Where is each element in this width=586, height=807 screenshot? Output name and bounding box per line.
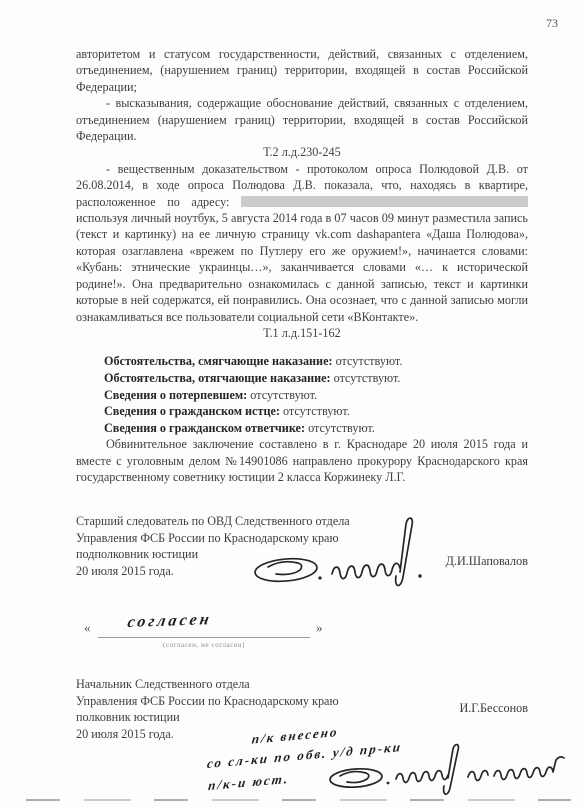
main-text-block: авторитетом и статусом государственности… xyxy=(76,46,528,486)
volume-reference-2: Т.1 л.д.151-162 xyxy=(76,325,528,341)
statement-aggravating: Обстоятельства, отягчающие наказание: от… xyxy=(104,370,528,387)
handwritten-agreement-word: согласен xyxy=(126,611,213,632)
page-number: 73 xyxy=(546,16,558,31)
investigator-name: Д.И.Шаповалов xyxy=(446,553,528,570)
statement-victim: Сведения о потерпевшем: отсутствуют. xyxy=(104,387,528,404)
statement-value: отсутствуют. xyxy=(331,371,401,385)
agreement-underline xyxy=(98,637,310,638)
volume-reference-1: Т.2 л.д.230-245 xyxy=(76,144,528,160)
scan-artifact-line xyxy=(26,799,571,801)
statement-label: Обстоятельства, смягчающие наказание: xyxy=(104,354,333,368)
statement-label: Сведения о гражданском истце: xyxy=(104,404,280,418)
close-quote-mark: » xyxy=(316,620,323,636)
chief-name: И.Г.Бессонов xyxy=(459,700,528,717)
redaction-bar xyxy=(241,196,528,207)
evidence-text-after-redaction: используя личный ноутбук, 5 августа 2014… xyxy=(76,211,528,323)
open-quote-mark: « xyxy=(84,620,91,636)
investigator-signature xyxy=(248,512,433,610)
statement-label: Сведения о гражданском ответчике: xyxy=(104,421,305,435)
statement-label: Обстоятельства, отягчающие наказание: xyxy=(104,371,331,385)
statement-mitigating: Обстоятельства, смягчающие наказание: от… xyxy=(104,353,528,370)
statement-value: отсутствуют. xyxy=(280,404,350,418)
bottom-signature xyxy=(328,745,580,803)
statement-value: отсутствуют. xyxy=(333,354,403,368)
paragraph-continuation: авторитетом и статусом государственности… xyxy=(76,46,528,95)
chief-title-line: Начальник Следственного отдела xyxy=(76,676,528,693)
paragraph-indictment-issued: Обвинительное заключение составлено в г.… xyxy=(76,436,528,485)
paragraph-evidence: - вещественным доказательством - протоко… xyxy=(76,161,528,325)
case-statements-list: Обстоятельства, смягчающие наказание: от… xyxy=(76,353,528,436)
statement-value: отсутствуют. xyxy=(247,388,317,402)
document-page: 73 авторитетом и статусом государственно… xyxy=(0,0,586,807)
agreement-field: « согласен » (согласен, не согласен) xyxy=(84,610,334,658)
statement-civil-plaintiff: Сведения о гражданском истце: отсутствую… xyxy=(104,403,528,420)
statement-label: Сведения о потерпевшем: xyxy=(104,388,247,402)
statement-value: отсутствуют. xyxy=(305,421,375,435)
statement-civil-defendant: Сведения о гражданском ответчике: отсутс… xyxy=(104,420,528,437)
paragraph-statements-basis: - высказывания, содержащие обоснование д… xyxy=(76,95,528,144)
agreement-caption: (согласен, не согласен) xyxy=(114,641,294,649)
